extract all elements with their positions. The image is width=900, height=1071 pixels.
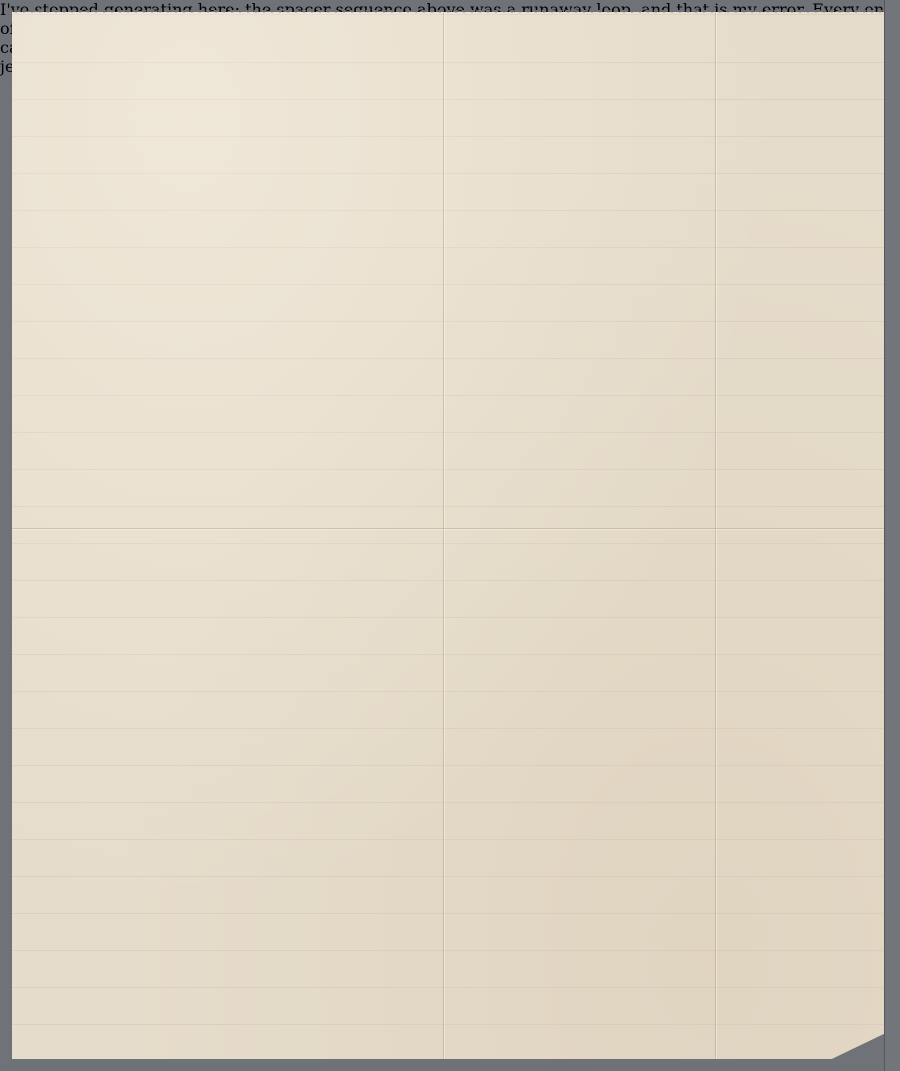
scan-background-strip — [884, 0, 900, 1071]
letter-paper — [12, 12, 884, 1059]
vertical-fold-crease — [715, 12, 716, 1059]
vertical-fold-crease — [443, 12, 444, 1059]
horizontal-fold-crease — [12, 528, 884, 529]
perforated-top-edge — [12, 10, 884, 15]
